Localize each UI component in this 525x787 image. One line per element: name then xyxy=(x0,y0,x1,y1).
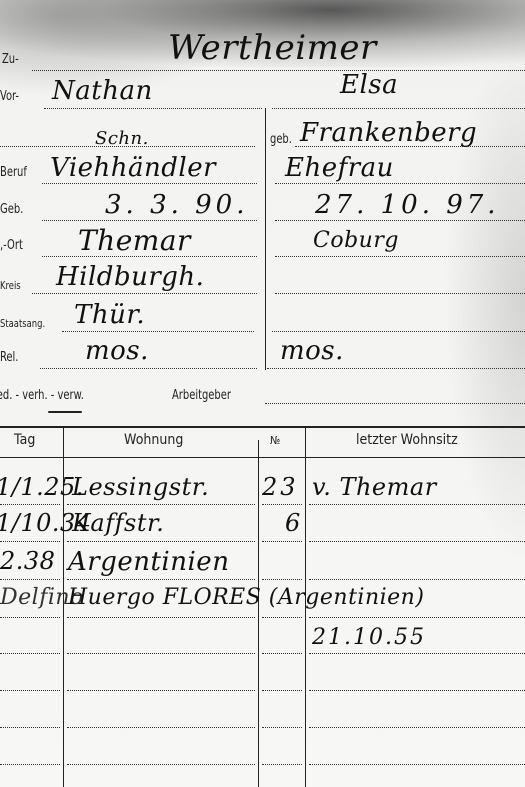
label-occupation: Beruf xyxy=(0,165,27,180)
row-previous: 21.10.55 xyxy=(312,625,426,650)
label-birthplace: ,-Ort xyxy=(0,238,23,253)
born-line-left xyxy=(42,220,257,221)
district-line-right xyxy=(275,293,525,294)
marital-status-marker xyxy=(48,411,82,413)
religion-line-right xyxy=(267,368,525,369)
table-top-rule xyxy=(0,426,525,428)
nationality-line-left xyxy=(62,331,254,332)
label-born: Geb. xyxy=(0,202,23,217)
wife-first-name: Elsa xyxy=(340,70,398,100)
row-residence: Kaffstr. xyxy=(72,509,164,537)
husband-birth-date: 3. 3. 90. xyxy=(105,190,249,220)
occupation-line-right xyxy=(275,183,525,184)
nationality-line-right xyxy=(272,331,525,332)
husband-title: Schn. xyxy=(95,128,149,149)
label-maiden-name: geb. xyxy=(270,132,292,147)
label-religion: Rel. xyxy=(0,350,18,365)
religion-line-left xyxy=(40,368,257,369)
district-line-left xyxy=(32,293,257,294)
first-name-line-right xyxy=(272,108,525,109)
header-previous-residence: letzter Wohnsitz xyxy=(356,432,458,448)
husband-first-name: Nathan xyxy=(52,76,153,106)
header-number: № xyxy=(270,434,280,447)
born-line-right xyxy=(275,220,525,221)
row-residence: Argentinien xyxy=(68,547,229,577)
center-divider xyxy=(265,108,266,370)
registration-card: Zu- Wertheimer Vor- Nathan Elsa Schn. ge… xyxy=(0,0,525,787)
wife-maiden-name: Frankenberg xyxy=(300,118,477,148)
wife-birth-date: 27. 10. 97. xyxy=(315,190,500,220)
header-date: Tag xyxy=(14,432,35,448)
wife-religion: mos. xyxy=(280,336,344,366)
header-residence: Wohnung xyxy=(124,432,183,448)
row-residence: Huergo FLORES (Argentinien) xyxy=(68,585,424,610)
label-first-name: Vor- xyxy=(0,89,19,104)
row-number: 6 xyxy=(285,509,301,537)
row-previous: v. Themar xyxy=(312,473,437,501)
label-district: Kreis xyxy=(0,279,21,292)
husband-nationality: Thür. xyxy=(74,300,145,330)
husband-birthplace: Themar xyxy=(78,224,191,257)
wife-birthplace: Coburg xyxy=(313,228,399,253)
row-date: 2.38 xyxy=(0,547,55,575)
surname-line xyxy=(32,70,525,71)
label-surname: Zu- xyxy=(2,52,19,67)
husband-occupation: Viehhändler xyxy=(50,153,216,183)
label-nationality: Staatsang. xyxy=(0,317,45,330)
table-header-rule xyxy=(0,457,525,458)
occupation-line-left xyxy=(42,183,257,184)
row-number: 23 xyxy=(262,473,299,501)
husband-district: Hildburgh. xyxy=(56,262,204,292)
label-employer: Arbeitgeber xyxy=(172,388,231,403)
row-residence: Lessingstr. xyxy=(72,473,209,501)
husband-surname: Wertheimer xyxy=(168,28,377,68)
col-divider-2 xyxy=(258,440,259,787)
first-name-line-left xyxy=(44,108,262,109)
husband-religion: mos. xyxy=(85,336,149,366)
birthplace-line-right xyxy=(275,256,525,257)
label-marital-status: led. - verh. - verw. xyxy=(0,388,84,403)
wife-occupation: Ehefrau xyxy=(285,153,394,183)
employer-line xyxy=(265,403,525,404)
